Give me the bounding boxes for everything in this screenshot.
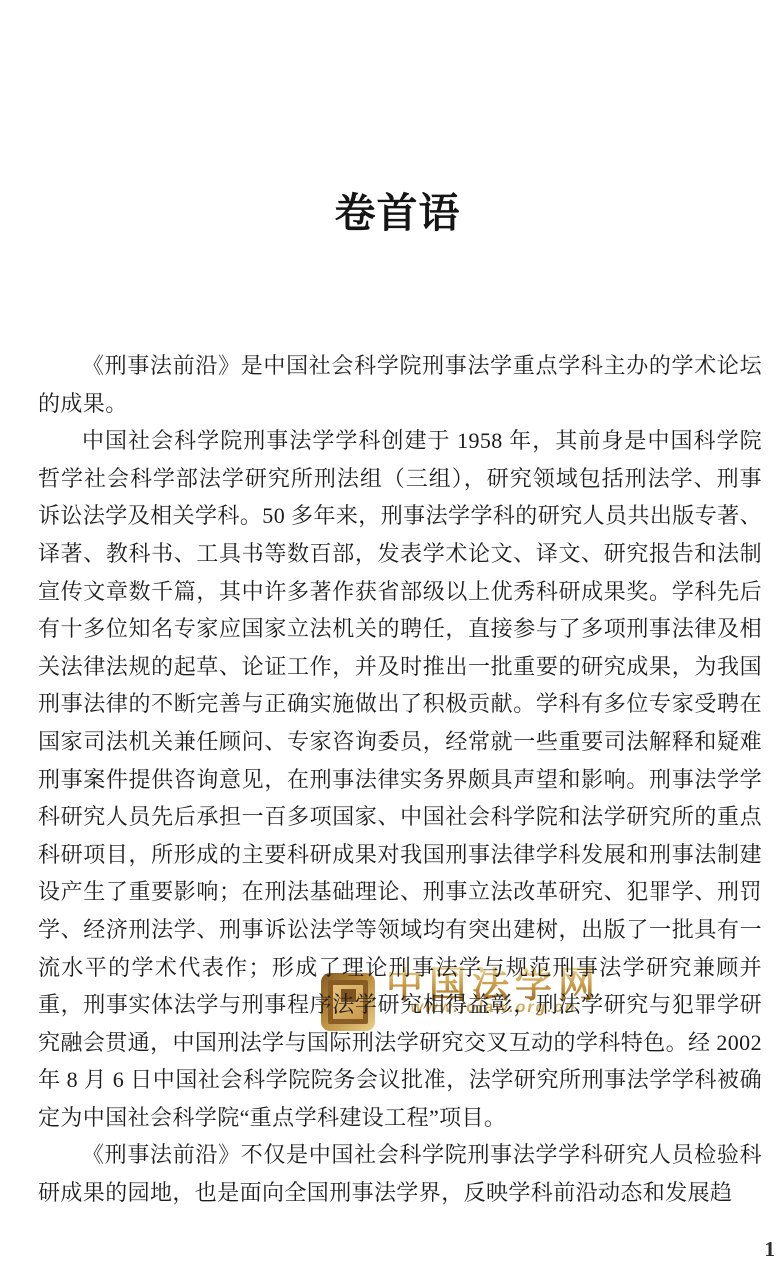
book-page: 卷首语 中国法学网 www.iolaw.org.cn 《刑事法前沿》是中国社会科… xyxy=(0,0,777,1280)
page-title: 卷首语 xyxy=(9,180,777,239)
body-paragraph-3: 《刑事法前沿》不仅是中国社会科学院刑事法学学科研究人员检验科研成果的园地，也是面… xyxy=(38,1136,762,1211)
body-text: 《刑事法前沿》是中国社会科学院刑事法学重点学科主办的学术论坛的成果。 中国社会科… xyxy=(38,347,762,1212)
body-paragraph-2: 中国社会科学院刑事法学学科创建于 1958 年，其前身是中国科学院哲学社会科学部… xyxy=(38,422,762,1136)
body-paragraph-1: 《刑事法前沿》是中国社会科学院刑事法学重点学科主办的学术论坛的成果。 xyxy=(38,347,762,422)
page-number: 1 xyxy=(765,1237,776,1262)
